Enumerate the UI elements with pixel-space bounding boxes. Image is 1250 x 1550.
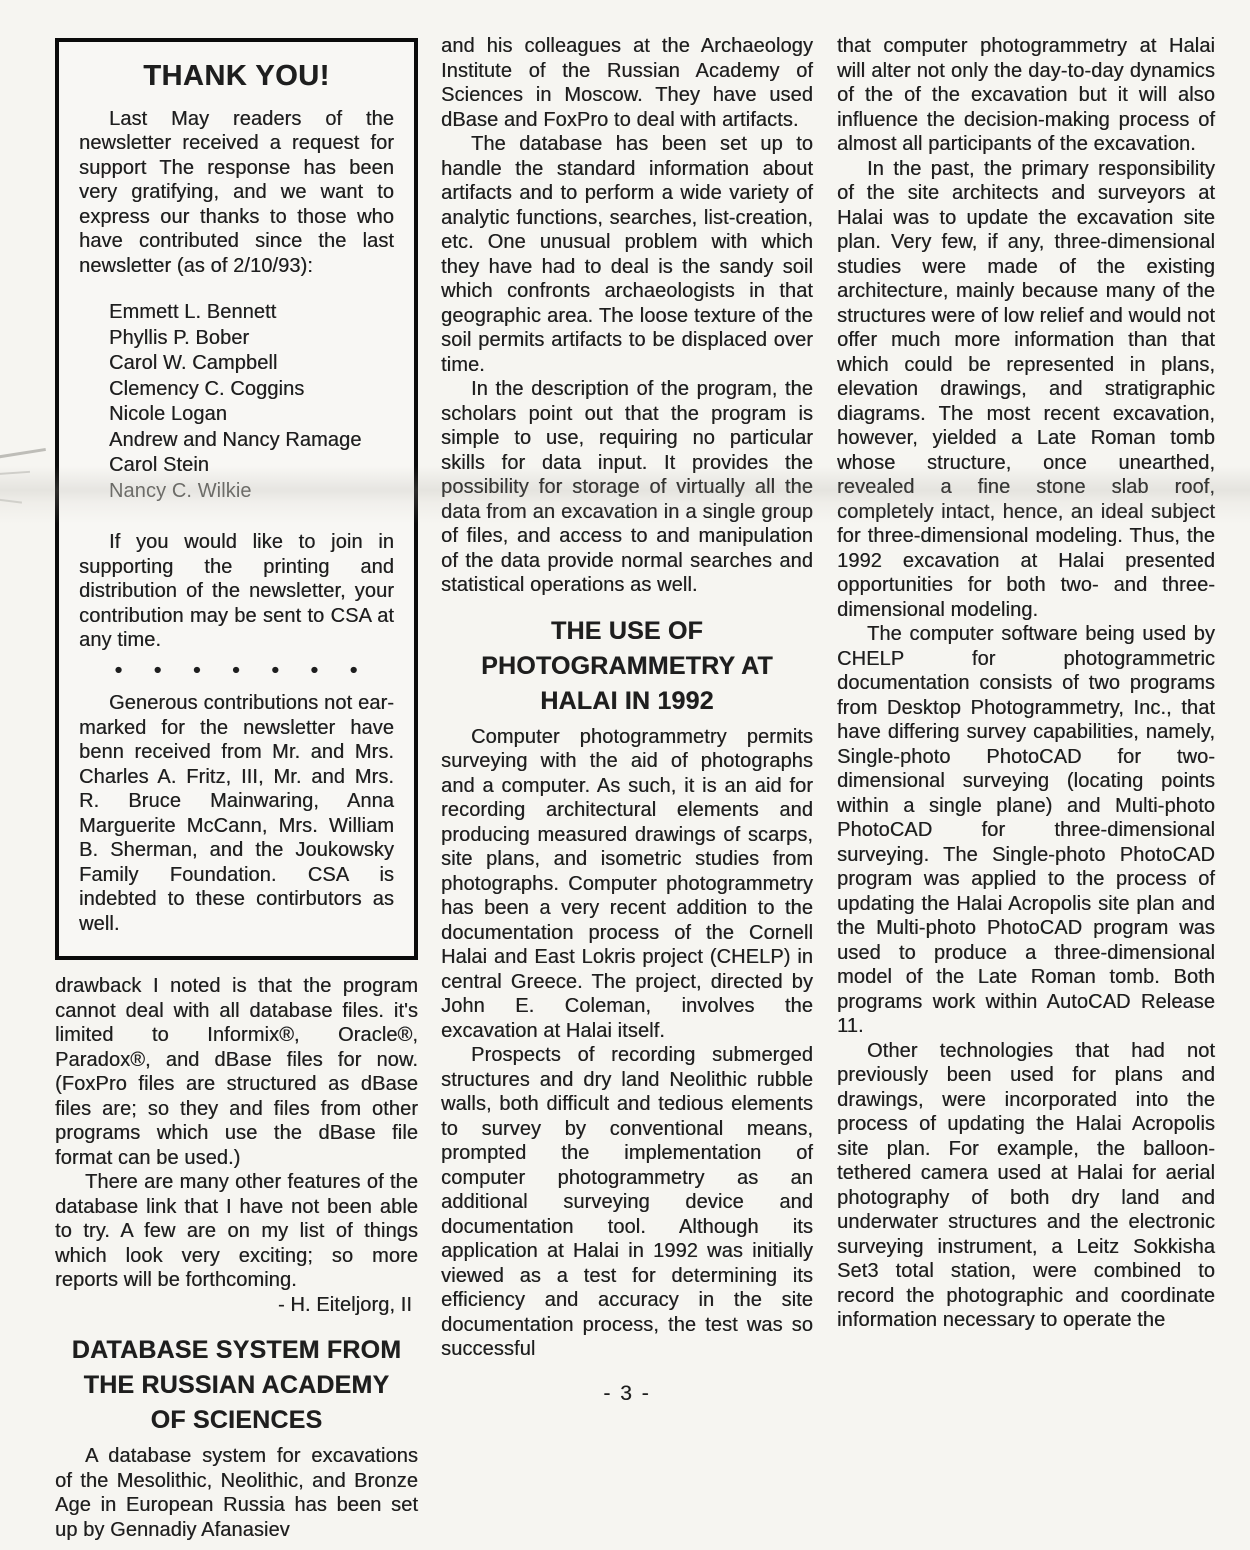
fold-mark — [0, 448, 46, 459]
heading-line: DATABASE SYSTEM FROM — [55, 1333, 418, 1368]
contributor-list: Emmett L. Bennett Phyllis P. Bober Carol… — [109, 300, 394, 504]
thank-you-intro-para: Last May readers of the newsletter recei… — [79, 107, 394, 279]
contributor-item: Phyllis P. Bober — [109, 326, 394, 352]
heading-line: THE RUSSIAN ACADEMY — [55, 1368, 418, 1403]
computer-photogrammetry-para: Computer photogrammetry permits surveyin… — [441, 725, 813, 1044]
database-setup-para: The database has been set up to handle t… — [441, 132, 813, 377]
heading-line: THE USE OF — [441, 614, 813, 649]
prospects-para: Prospects of recording submerged structu… — [441, 1043, 813, 1362]
program-description-para: In the description of the program, the s… — [441, 377, 813, 598]
dots-divider: • • • • • • • — [79, 659, 394, 684]
contributor-item: Nicole Logan — [109, 402, 394, 428]
heading-line: PHOTOGRAMMETRY AT — [441, 649, 813, 684]
contributor-item: Carol Stein — [109, 453, 394, 479]
thank-you-box: THANK YOU! Last May readers of the newsl… — [55, 38, 418, 960]
thank-you-title: THANK YOU! — [79, 64, 394, 89]
other-technologies-para: Other technologies that had not previous… — [837, 1039, 1215, 1333]
heading-line: HALAI IN 1992 — [441, 684, 813, 719]
heading-line: OF SCIENCES — [55, 1403, 418, 1438]
author-signature: - H. Eiteljorg, II — [55, 1293, 418, 1318]
fold-mark — [0, 471, 30, 475]
right-column: that computer photogrammetry at Halai wi… — [837, 34, 1215, 1333]
colleagues-continuation-para: and his colleagues at the Archaeology In… — [441, 34, 813, 132]
impact-continuation-para: that computer photogrammetry at Halai wi… — [837, 34, 1215, 157]
generous-para: Generous contributions not ear-marked fo… — [79, 691, 394, 936]
fold-mark — [0, 498, 22, 503]
heading-database-system: DATABASE SYSTEM FROM THE RUSSIAN ACADEMY… — [55, 1333, 418, 1438]
contributor-item: Clemency C. Coggins — [109, 377, 394, 403]
software-para: The computer software being used by CHEL… — [837, 622, 1215, 1039]
page-number: - 3 - — [441, 1382, 813, 1407]
left-column: THANK YOU! Last May readers of the newsl… — [55, 38, 418, 1542]
drawback-para: drawback I noted is that the program can… — [55, 974, 418, 1170]
newsletter-page: THANK YOU! Last May readers of the newsl… — [0, 0, 1250, 1550]
contributor-item: Nancy C. Wilkie — [109, 479, 394, 505]
contributor-item: Andrew and Nancy Ramage — [109, 428, 394, 454]
join-para: If you would like to join in supporting … — [79, 530, 394, 653]
heading-photogrammetry: THE USE OF PHOTOGRAMMETRY AT HALAI IN 19… — [441, 614, 813, 719]
middle-column: and his colleagues at the Archaeology In… — [441, 34, 813, 1406]
features-para: There are many other features of the dat… — [55, 1170, 418, 1293]
database-system-para: A database system for excavations of the… — [55, 1444, 418, 1542]
past-responsibility-para: In the past, the primary responsibility … — [837, 157, 1215, 623]
contributor-item: Carol W. Campbell — [109, 351, 394, 377]
contributor-item: Emmett L. Bennett — [109, 300, 394, 326]
